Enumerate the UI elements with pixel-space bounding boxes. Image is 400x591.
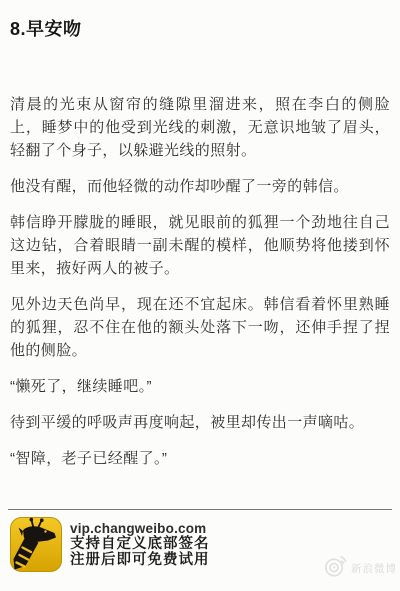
story-title: 8.早安吻: [10, 19, 390, 39]
story-paragraph: 见外边天色尚早，现在还不宜起床。韩信看着怀里熟睡的狐狸，忍不住在他的额头处落下一…: [10, 293, 390, 362]
story-page: 8.早安吻 清晨的光束从窗帘的缝隙里溜进来，照在李白的侧脸上，睡梦中的他受到光线…: [0, 0, 400, 591]
story-paragraph: “智障，老子已经醒了。”: [10, 447, 390, 470]
promo-banner: vip.changweibo.com 支持自定义底部签名 注册后即可免费试用: [10, 517, 210, 572]
footer-divider: [8, 509, 392, 510]
promo-slogan-line2: 注册后即可免费试用: [70, 553, 210, 569]
story-paragraph: 他没有醒，而他轻微的动作却吵醒了一旁的韩信。: [10, 175, 390, 198]
giraffe-icon: [10, 517, 62, 572]
promo-text: vip.changweibo.com 支持自定义底部签名 注册后即可免费试用: [70, 521, 210, 568]
promo-url: vip.changweibo.com: [70, 521, 210, 537]
weibo-eye-icon: [323, 553, 349, 584]
story-paragraph: 清晨的光束从窗帘的缝隙里溜进来，照在李白的侧脸上，睡梦中的他受到光线的刺激，无意…: [10, 93, 390, 162]
story-paragraph: “懒死了，继续睡吧。”: [10, 375, 390, 398]
story-paragraph: 韩信睁开朦胧的睡眼，就见眼前的狐狸一个劲地往自己这边钻，合着眼睛一副未醒的模样，…: [10, 211, 390, 280]
watermark-text: 新浪微博: [351, 561, 397, 576]
weibo-watermark: 新浪微博: [323, 553, 397, 584]
story-paragraph: 待到平缓的呼吸声再度响起，被里却传出一声嘀咕。: [10, 411, 390, 434]
promo-slogan-line1: 支持自定义底部签名: [70, 537, 210, 553]
story-body: 清晨的光束从窗帘的缝隙里溜进来，照在李白的侧脸上，睡梦中的他受到光线的刺激，无意…: [10, 93, 390, 470]
